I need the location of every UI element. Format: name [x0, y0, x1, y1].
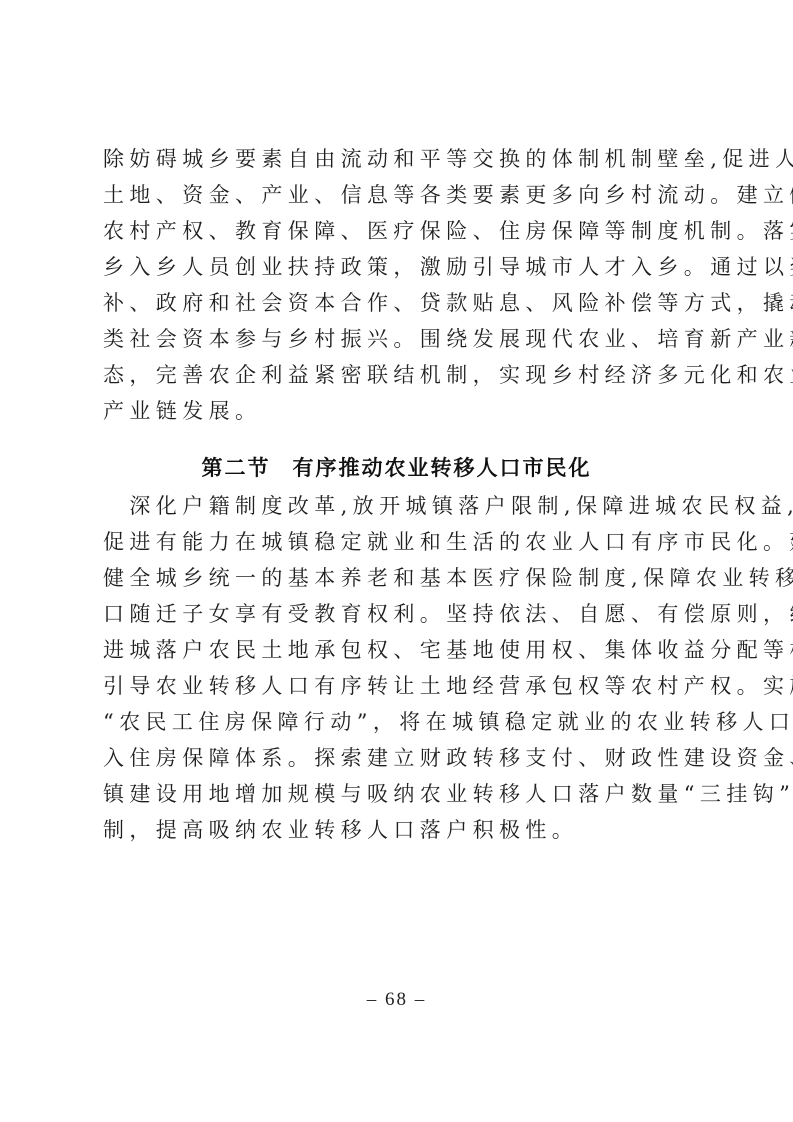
text-line: 乡入乡人员创业扶持政策，激励引导城市人才入乡。通过以奖代: [103, 249, 793, 285]
text-line: 口随迁子女享有受教育权利。坚持依法、自愿、有偿原则，维护: [103, 596, 793, 632]
text-line: 促进有能力在城镇稳定就业和生活的农业人口有序市民化。建立: [103, 524, 793, 560]
section-title: 有序推动农业转移人口市民化: [293, 456, 592, 480]
text-line: 除妨碍城乡要素自由流动和平等交换的体制机制壁垒,促进人才、: [103, 141, 793, 177]
text-line: 进城落户农民土地承包权、宅基地使用权、集体收益分配等权益,: [103, 632, 793, 668]
text-line: 引导农业转移人口有序转让土地经营承包权等农村产权。实施: [103, 668, 793, 704]
page-number: – 68 –: [0, 988, 793, 1012]
text-line: 态，完善农企利益紧密联结机制，实现乡村经济多元化和农业全: [103, 357, 793, 393]
section-heading: 第二节有序推动农业转移人口市民化: [0, 450, 793, 486]
text-line: “农民工住房保障行动”，将在城镇稳定就业的农业转移人口纳: [103, 704, 793, 740]
text-line: 产业链发展。: [103, 393, 261, 429]
text-line: 土地、资金、产业、信息等各类要素更多向乡村流动。建立健全: [103, 177, 793, 213]
text-line: 深化户籍制度改革,放开城镇落户限制,保障进城农民权益,: [103, 488, 793, 524]
text-line: 补、政府和社会资本合作、贷款贴息、风险补偿等方式，撬动各: [103, 285, 793, 321]
text-line: 入住房保障体系。探索建立财政转移支付、财政性建设资金、城: [103, 740, 793, 776]
text-line: 农村产权、教育保障、医疗保险、住房保障等制度机制。落实返: [103, 213, 793, 249]
section-number: 第二节: [202, 456, 271, 480]
document-page: 除妨碍城乡要素自由流动和平等交换的体制机制壁垒,促进人才、 土地、资金、产业、信…: [0, 0, 793, 1122]
text-line: 健全城乡统一的基本养老和基本医疗保险制度,保障农业转移人: [103, 560, 793, 596]
text-line: 类社会资本参与乡村振兴。围绕发展现代农业、培育新产业新业: [103, 321, 793, 357]
text-line: 制，提高吸纳农业转移人口落户积极性。: [103, 812, 578, 848]
text-line: 镇建设用地增加规模与吸纳农业转移人口落户数量“三挂钩”机: [103, 776, 793, 812]
